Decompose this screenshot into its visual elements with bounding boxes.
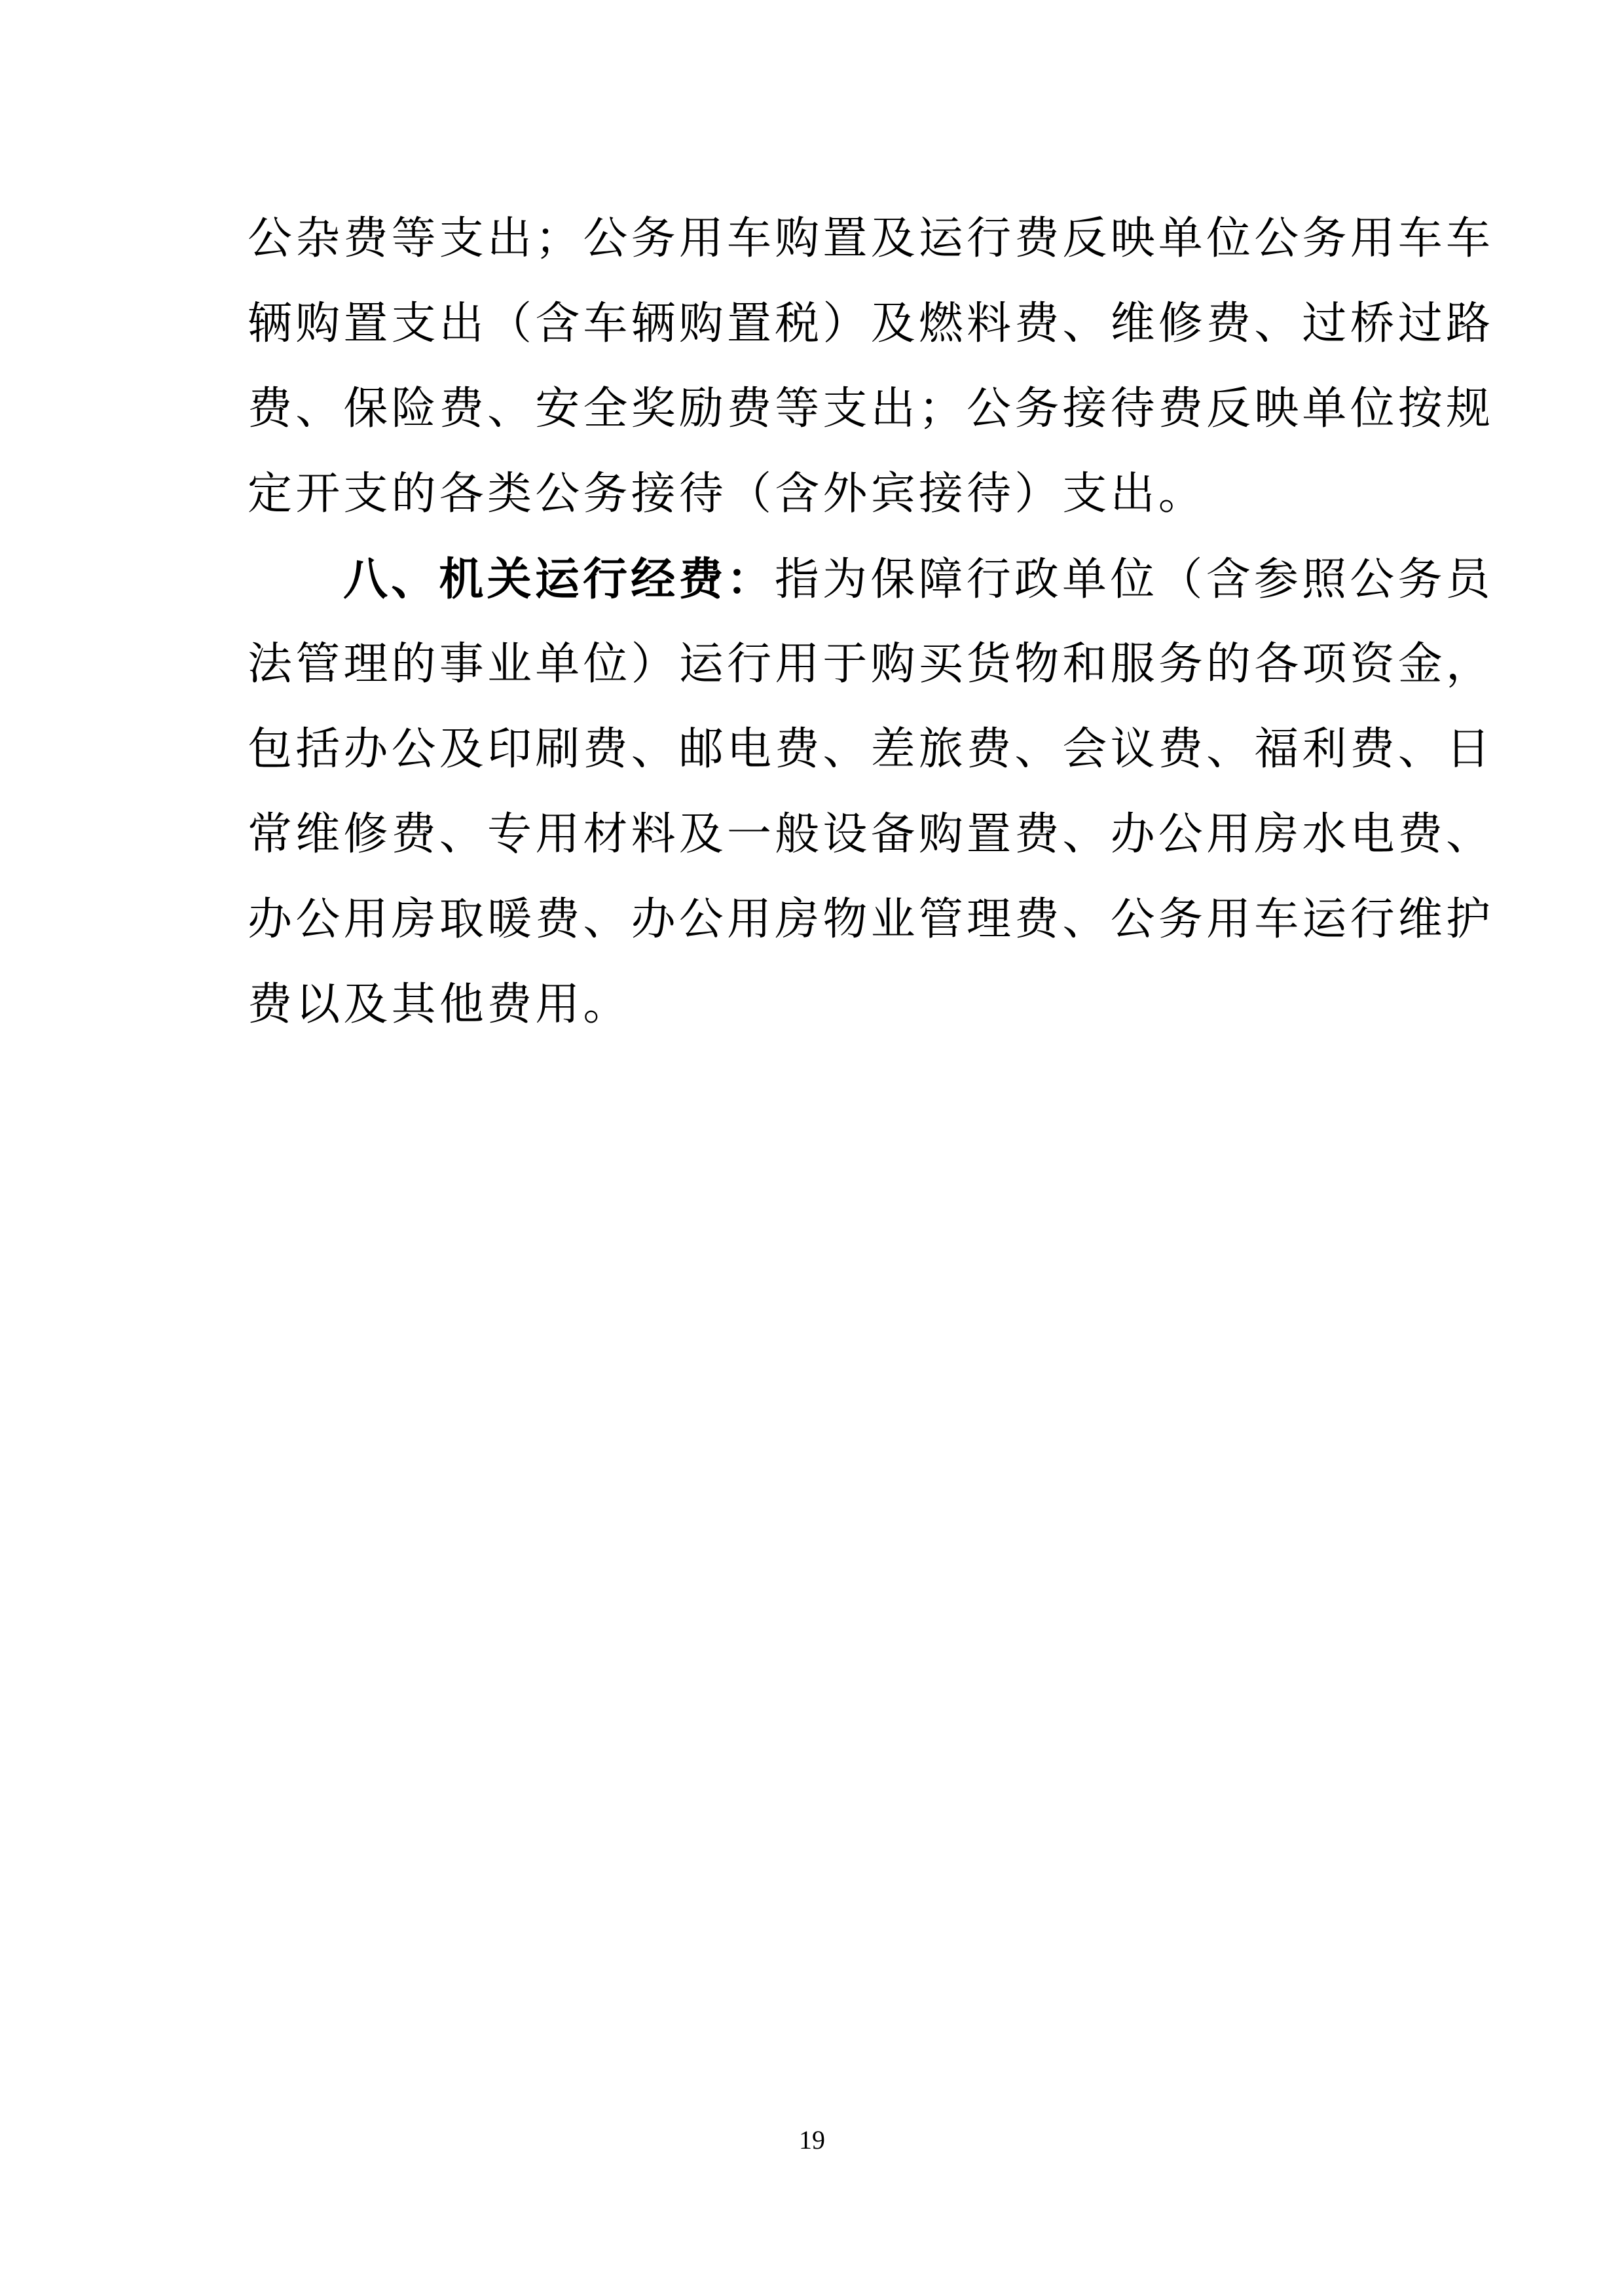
paragraph-2-line-4: 常维修费、专用材料及一般设备购置费、办公用房水电费、 [248,802,1494,867]
paragraph-2-line-5: 办公用房取暖费、办公用房物业管理费、公务用车运行维护 [248,887,1494,953]
paragraph-2-line-6: 费以及其他费用。 [248,972,631,1038]
paragraph-1-line-4: 定开支的各类公务接待（含外宾接待）支出。 [248,462,1206,527]
section-heading: 八、机关运行经费： [343,553,775,606]
paragraph-1-line-3: 费、保险费、安全奖励费等支出；公务接待费反映单位按规 [248,376,1494,442]
page-number: 19 [0,2124,1624,2155]
document-page: 公杂费等支出；公务用车购置及运行费反映单位公务用车车 辆购置支出（含车辆购置税）… [0,0,1624,2296]
paragraph-2-line-1: 八、机关运行经费：指为保障行政单位（含参照公务员 [343,547,1494,612]
paragraph-2-line-2: 法管理的事业单位）运行用于购买货物和服务的各项资金， [248,632,1494,697]
paragraph-1-line-2: 辆购置支出（含车辆购置税）及燃料费、维修费、过桥过路 [248,291,1494,357]
paragraph-2-line-1-text: 指为保障行政单位（含参照公务员 [775,554,1494,606]
paragraph-1-line-1: 公杂费等支出；公务用车购置及运行费反映单位公务用车车 [248,206,1494,272]
paragraph-2-line-3: 包括办公及印刷费、邮电费、差旅费、会议费、福利费、日 [248,717,1494,782]
